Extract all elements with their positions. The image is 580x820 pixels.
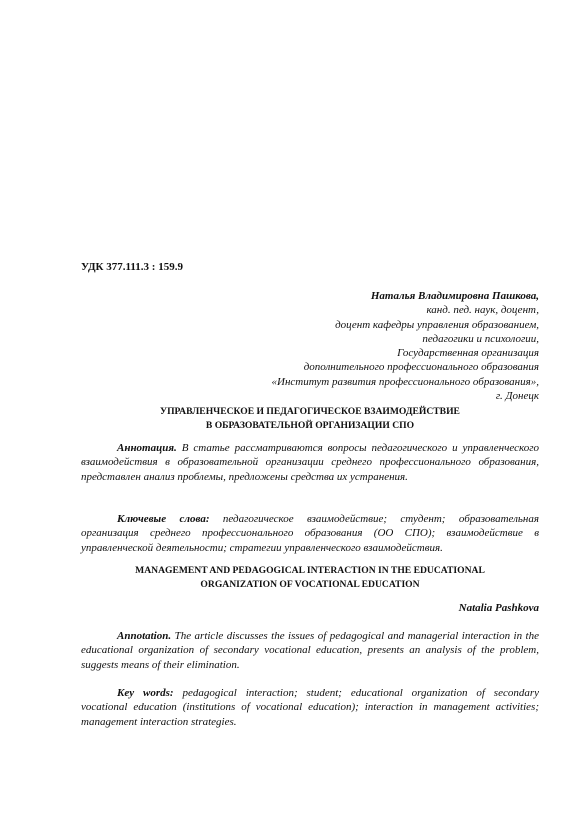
author-city: г. Донецк [81, 389, 539, 403]
author-name-ru: Наталья Владимировна Пашкова, [81, 289, 539, 303]
author-position: доцент кафедры управления образованием, [81, 318, 539, 332]
keywords-en: Key words: pedagogical interaction; stud… [81, 686, 539, 729]
title-ru-line2: В ОБРАЗОВАТЕЛЬНОЙ ОРГАНИЗАЦИИ СПО [81, 419, 539, 433]
title-ru-line1: УПРАВЛЕНЧЕСКОЕ И ПЕДАГОГИЧЕСКОЕ ВЗАИМОДЕ… [81, 405, 539, 419]
annotation-ru: Аннотация. В статье рассматриваются вопр… [81, 441, 539, 484]
keywords-en-label: Key words: [117, 687, 174, 699]
author-org-line1: Государственная организация [81, 346, 539, 360]
annotation-en: Annotation. The article discusses the is… [81, 629, 539, 672]
author-name-en: Natalia Pashkova [459, 601, 539, 615]
author-degree: канд. пед. наук, доцент, [81, 303, 539, 317]
author-org-line2: дополнительного профессионального образо… [81, 360, 539, 374]
author-department: педагогики и психологии, [81, 332, 539, 346]
author-info-ru: Наталья Владимировна Пашкова, канд. пед.… [81, 289, 539, 403]
annotation-en-label: Annotation. [117, 630, 171, 642]
annotation-ru-label: Аннотация. [117, 442, 177, 454]
keywords-ru: Ключевые слова: педагогическое взаимодей… [81, 512, 539, 555]
udk-code: УДК 377.111.3 : 159.9 [81, 260, 183, 274]
author-org-line3: «Институт развития профессионального обр… [81, 375, 539, 389]
article-title-en: MANAGEMENT AND PEDAGOGICAL INTERACTION I… [81, 564, 539, 592]
title-en-line2: ORGANIZATION OF VOCATIONAL EDUCATION [81, 578, 539, 592]
article-title-ru: УПРАВЛЕНЧЕСКОЕ И ПЕДАГОГИЧЕСКОЕ ВЗАИМОДЕ… [81, 405, 539, 433]
title-en-line1: MANAGEMENT AND PEDAGOGICAL INTERACTION I… [81, 564, 539, 578]
keywords-ru-label: Ключевые слова: [117, 513, 210, 525]
